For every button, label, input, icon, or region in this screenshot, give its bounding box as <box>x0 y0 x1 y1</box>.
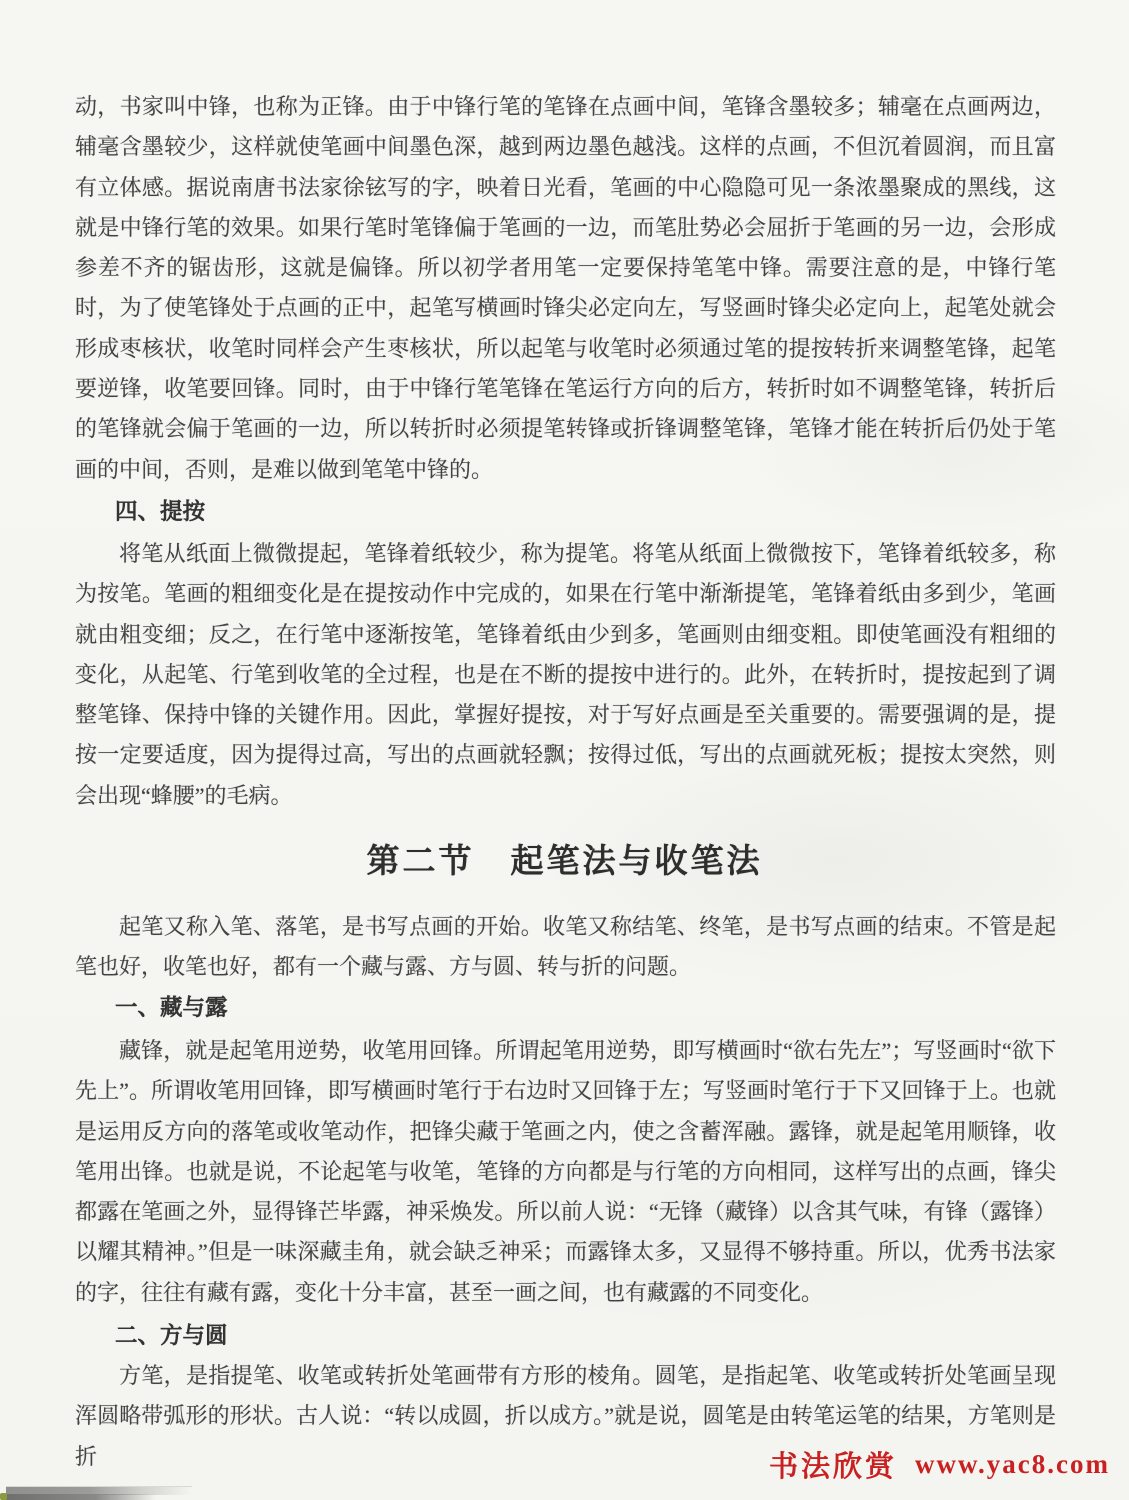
paragraph-zhongfeng-continuation: 动，书家叫中锋，也称为正锋。由于中锋行笔的笔锋在点画中间，笔锋含墨较多；辅毫在点… <box>75 87 1056 490</box>
section-title-qibi-shoubi: 第二节 起笔法与收笔法 <box>0 840 1129 884</box>
watermark: 书法欣赏 www.yac8.com <box>769 1444 1110 1485</box>
window-corner-fragment <box>0 1486 192 1500</box>
watermark-site-url: www.yac8.com <box>915 1449 1110 1479</box>
paragraph-ti-an: 将笔从纸面上微微提起，笔锋着纸较少，称为提笔。将笔从纸面上微微按下，笔锋着纸较多… <box>75 534 1056 816</box>
subheading-fang-yu-yuan: 二、方与圆 <box>75 1316 1056 1356</box>
subheading-cang-yu-lu: 一、藏与露 <box>75 988 1056 1028</box>
subheading-tian-ti-an: 四、提按 <box>75 492 1056 532</box>
window-corner-dark-strip <box>6 1494 156 1500</box>
paragraph-cang-yu-lu: 藏锋，就是起笔用逆势，收笔用回锋。所谓起笔用逆势，即写横画时“欲右先左”；写竖画… <box>75 1031 1056 1313</box>
watermark-site-name: 书法欣赏 <box>769 1451 897 1483</box>
scanned-book-page: 动，书家叫中锋，也称为正锋。由于中锋行笔的笔锋在点画中间，笔锋含墨较多；辅毫在点… <box>0 0 1129 1500</box>
green-app-icon <box>0 1493 7 1500</box>
paragraph-section-intro: 起笔又称入笔、落笔，是书写点画的开始。收笔又称结笔、终笔，是书写点画的结束。不管… <box>75 907 1056 988</box>
